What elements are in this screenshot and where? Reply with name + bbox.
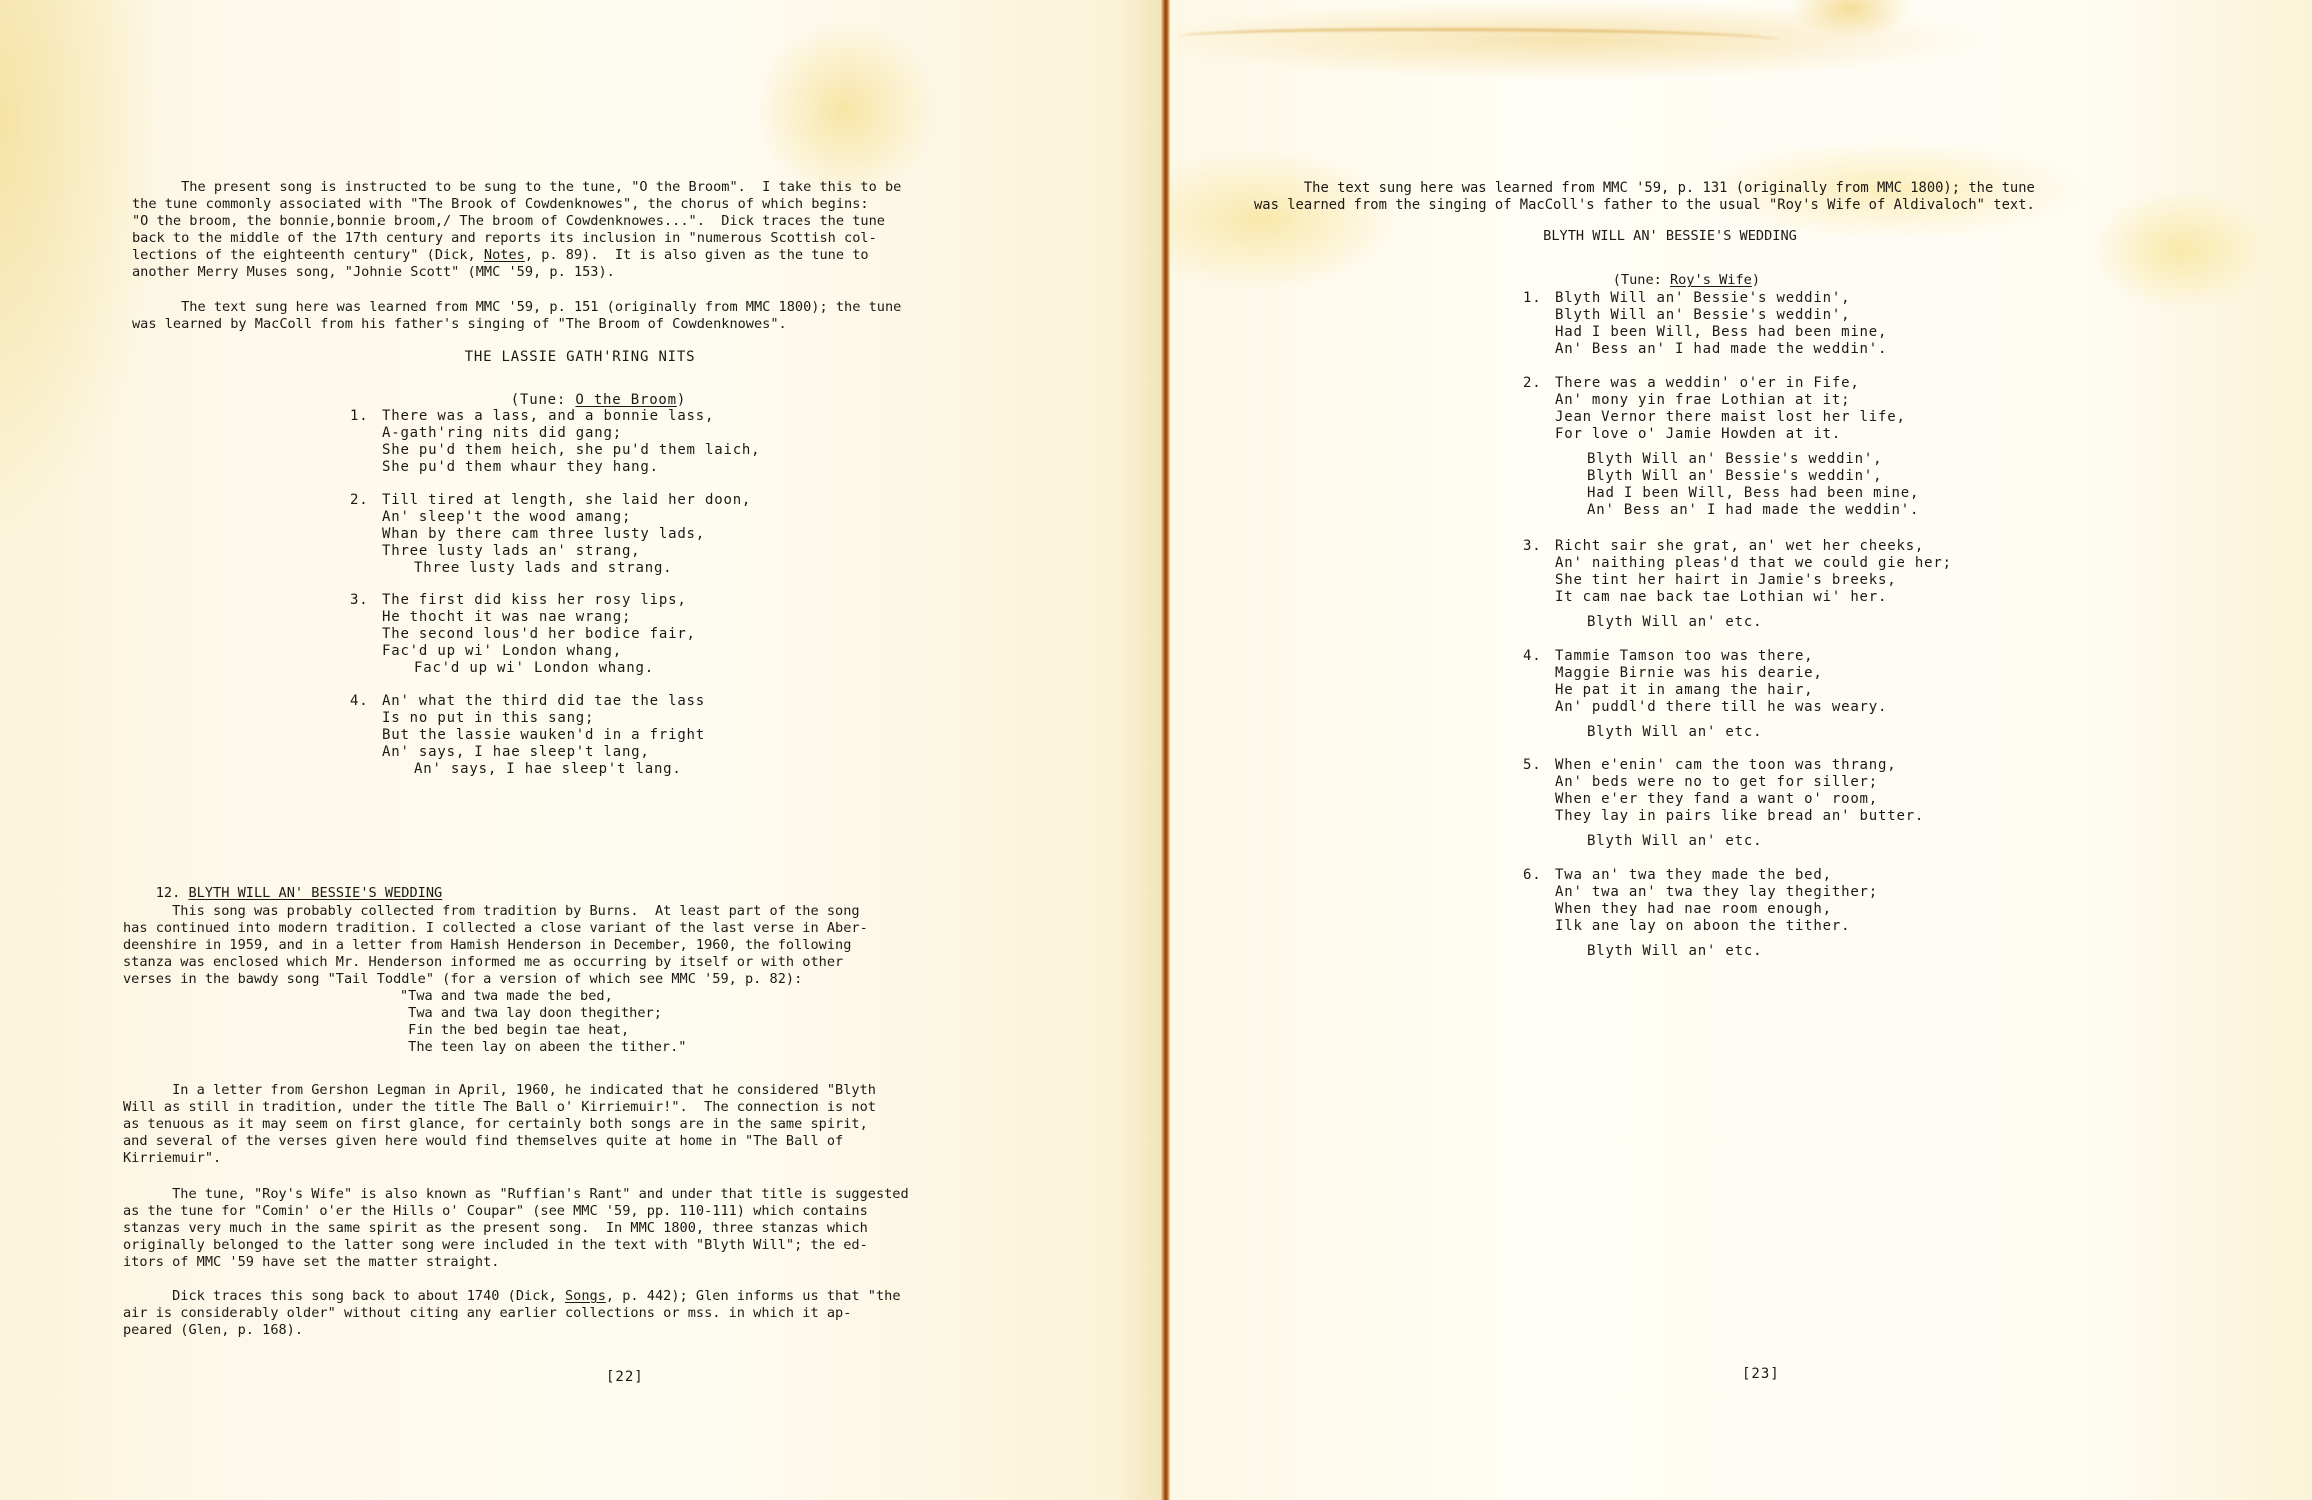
- refrain-line: Blyth Will an' Bessie's weddin',: [1523, 468, 1919, 485]
- text-line: was learned by MacColl from his father's…: [132, 316, 901, 333]
- text-line: Fin the bed begin tae heat,: [400, 1022, 686, 1039]
- verse-line: Blyth Will an' Bessie's weddin',: [1523, 307, 1887, 324]
- verse-number: 2.: [350, 492, 382, 509]
- verse-line: Ilk ane lay on aboon the tither.: [1523, 918, 1878, 935]
- tune-suffix: ): [1752, 272, 1760, 288]
- spacer: [1523, 606, 1952, 614]
- verse-6: 6.Twa an' twa they made the bed,An' twa …: [1523, 867, 1878, 960]
- refrain-line: Blyth Will an' etc.: [1523, 614, 1952, 631]
- text-line: lections of the eighteenth century" (Dic…: [132, 247, 901, 264]
- verse-line: He thocht it was nae wrang;: [350, 609, 696, 626]
- verse-line: An' Bess an' I had made the weddin'.: [1523, 341, 1887, 358]
- verse-line: They lay in pairs like bread an' butter.: [1523, 808, 1924, 825]
- tune-suffix: ): [677, 392, 686, 408]
- section-paragraph-2: In a letter from Gershon Legman in April…: [123, 1082, 876, 1167]
- text-line: another Merry Muses song, "Johnie Scott"…: [132, 264, 901, 281]
- tune-name: Roy's Wife: [1670, 272, 1752, 288]
- text-line: as the tune for "Comin' o'er the Hills o…: [123, 1203, 909, 1220]
- spacer: [1523, 443, 1919, 451]
- text-line: stanza was enclosed which Mr. Henderson …: [123, 954, 868, 971]
- verse-line: An' mony yin frae Lothian at it;: [1523, 392, 1919, 409]
- verse-number: 5.: [1523, 757, 1555, 774]
- text-line: has continued into modern tradition. I c…: [123, 920, 868, 937]
- intro-paragraph: The present song is instructed to be sun…: [132, 179, 901, 281]
- text-line: as tenuous as it may seem on first glanc…: [123, 1116, 876, 1133]
- verse-line: Jean Vernor there maist lost her life,: [1523, 409, 1919, 426]
- tune-name: O the Broom: [575, 392, 677, 408]
- source-paragraph: The text sung here was learned from MMC …: [1254, 180, 2035, 214]
- section-paragraph-1: This song was probably collected from tr…: [123, 903, 868, 988]
- song-title: THE LASSIE GATH'RING NITS: [340, 349, 820, 366]
- verse-line: For love o' Jamie Howden at it.: [1523, 426, 1919, 443]
- section-title: BLYTH WILL AN' BESSIE'S WEDDING: [189, 885, 443, 901]
- text-line: In a letter from Gershon Legman in April…: [123, 1082, 876, 1099]
- verse-line: When e'er they fand a want o' room,: [1523, 791, 1924, 808]
- quoted-stanza: "Twa and twa made the bed, Twa and twa l…: [400, 988, 686, 1056]
- verse-number: 2.: [1523, 375, 1555, 392]
- verse-line: 6.Twa an' twa they made the bed,: [1523, 867, 1878, 884]
- refrain-line: Blyth Will an' Bessie's weddin',: [1523, 451, 1919, 468]
- tune-prefix: (Tune:: [1613, 272, 1670, 288]
- verse-4: 4.An' what the third did tae the lassIs …: [350, 693, 705, 778]
- verse-line: But the lassie wauken'd in a fright: [350, 727, 705, 744]
- verse-line: 1.Blyth Will an' Bessie's weddin',: [1523, 290, 1887, 307]
- verse-line: An' puddl'd there till he was weary.: [1523, 699, 1887, 716]
- text-line: The text sung here was learned from MMC …: [132, 299, 901, 316]
- verse-line: Maggie Birnie was his dearie,: [1523, 665, 1887, 682]
- text-line: Kirriemuir".: [123, 1150, 876, 1167]
- tune-prefix: (Tune:: [511, 392, 576, 408]
- text-line: originally belonged to the latter song w…: [123, 1237, 909, 1254]
- page-number-right: [23]: [1742, 1366, 1780, 1382]
- verse-number: 1.: [350, 408, 382, 425]
- verse-line: 4.Tammie Tamson too was there,: [1523, 648, 1887, 665]
- verse-line: 3.Richt sair she grat, an' wet her cheek…: [1523, 538, 1952, 555]
- text-line: back to the middle of the 17th century a…: [132, 230, 901, 247]
- text-line: The tune, "Roy's Wife" is also known as …: [123, 1186, 909, 1203]
- text-line: The present song is instructed to be sun…: [132, 179, 901, 196]
- text-line: was learned from the singing of MacColl'…: [1254, 197, 2035, 214]
- song-title: BLYTH WILL AN' BESSIE'S WEDDING: [1420, 228, 1920, 245]
- text-line: The teen lay on abeen the tither.": [400, 1039, 686, 1056]
- verse-number: 4.: [350, 693, 382, 710]
- verse-line: Whan by there cam three lusty lads,: [350, 526, 751, 543]
- verse-number: 3.: [350, 592, 382, 609]
- text-line: itors of MMC '59 have set the matter str…: [123, 1254, 909, 1271]
- verse-line: The second lous'd her bodice fair,: [350, 626, 696, 643]
- text-line: air is considerably older" without citin…: [123, 1305, 901, 1322]
- verse-line: 5.When e'enin' cam the toon was thrang,: [1523, 757, 1924, 774]
- verse-line: An' naithing pleas'd that we could gie h…: [1523, 555, 1952, 572]
- page-number-left: [22]: [606, 1369, 644, 1385]
- verse-4: 4.Tammie Tamson too was there,Maggie Bir…: [1523, 648, 1887, 741]
- verse-line: 2.Till tired at length, she laid her doo…: [350, 492, 751, 509]
- text-line: Will as still in tradition, under the ti…: [123, 1099, 876, 1116]
- book-gutter: [1161, 0, 1170, 1500]
- verse-5: 5.When e'enin' cam the toon was thrang,A…: [1523, 757, 1924, 850]
- verse-line: 2.There was a weddin' o'er in Fife,: [1523, 375, 1919, 392]
- verse-3: 3.Richt sair she grat, an' wet her cheek…: [1523, 538, 1952, 631]
- verse-line: She pu'd them heich, she pu'd them laich…: [350, 442, 760, 459]
- refrain-line: Blyth Will an' etc.: [1523, 833, 1924, 850]
- refrain-line: Three lusty lads and strang.: [350, 560, 751, 577]
- text-line: deenshire in 1959, and in a letter from …: [123, 937, 868, 954]
- verse-line: Three lusty lads an' strang,: [350, 543, 751, 560]
- verse-number: 1.: [1523, 290, 1555, 307]
- verse-line: A-gath'ring nits did gang;: [350, 425, 760, 442]
- refrain-line: An' Bess an' I had made the weddin'.: [1523, 502, 1919, 519]
- verse-line: 4.An' what the third did tae the lass: [350, 693, 705, 710]
- text-line: "Twa and twa made the bed,: [400, 988, 686, 1005]
- right-page: The text sung here was learned from MMC …: [1170, 0, 2312, 1500]
- verse-line: She pu'd them whaur they hang.: [350, 459, 760, 476]
- spacer: [1523, 935, 1878, 943]
- verse-line: When they had nae room enough,: [1523, 901, 1878, 918]
- verse-line: An' sleep't the wood amang;: [350, 509, 751, 526]
- verse-line: An' says, I hae sleep't lang,: [350, 744, 705, 761]
- text-line: The text sung here was learned from MMC …: [1254, 180, 2035, 197]
- verse-line: Fac'd up wi' London whang,: [350, 643, 696, 660]
- verse-line: Is no put in this sang;: [350, 710, 705, 727]
- verse-2: 2.There was a weddin' o'er in Fife,An' m…: [1523, 375, 1919, 519]
- source-paragraph: The text sung here was learned from MMC …: [132, 299, 901, 333]
- verse-line: She tint her hairt in Jamie's breeks,: [1523, 572, 1952, 589]
- spacer: [1523, 716, 1887, 724]
- refrain-line: An' says, I hae sleep't lang.: [350, 761, 705, 778]
- text-line: peared (Glen, p. 168).: [123, 1322, 901, 1339]
- text-line: Twa and twa lay doon thegither;: [400, 1005, 686, 1022]
- refrain-line: Blyth Will an' etc.: [1523, 724, 1887, 741]
- text-line: stanzas very much in the same spirit as …: [123, 1220, 909, 1237]
- verse-number: 3.: [1523, 538, 1555, 555]
- water-stain: [1180, 28, 1780, 49]
- verse-number: 4.: [1523, 648, 1555, 665]
- verse-1: 1.Blyth Will an' Bessie's weddin',Blyth …: [1523, 290, 1887, 358]
- text-line: "O the broom, the bonnie,bonnie broom,/ …: [132, 213, 901, 230]
- section-paragraph-3: The tune, "Roy's Wife" is also known as …: [123, 1186, 909, 1271]
- text-line: the tune commonly associated with "The B…: [132, 196, 901, 213]
- verse-line: 1.There was a lass, and a bonnie lass,: [350, 408, 760, 425]
- verse-line: An' beds were no to get for siller;: [1523, 774, 1924, 791]
- refrain-line: Had I been Will, Bess had been mine,: [1523, 485, 1919, 502]
- text-line: Dick traces this song back to about 1740…: [123, 1288, 901, 1305]
- verse-line: He pat it in amang the hair,: [1523, 682, 1887, 699]
- spacer: [1523, 825, 1924, 833]
- section-number: 12.: [156, 885, 181, 901]
- verse-line: It cam nae back tae Lothian wi' her.: [1523, 589, 1952, 606]
- refrain-line: Fac'd up wi' London whang.: [350, 660, 696, 677]
- section-paragraph-4: Dick traces this song back to about 1740…: [123, 1288, 901, 1339]
- verse-2: 2.Till tired at length, she laid her doo…: [350, 492, 751, 577]
- verse-3: 3.The first did kiss her rosy lips,He th…: [350, 592, 696, 677]
- text-line: verses in the bawdy song "Tail Toddle" (…: [123, 971, 868, 988]
- verse-1: 1.There was a lass, and a bonnie lass,A-…: [350, 408, 760, 476]
- verse-line: 3.The first did kiss her rosy lips,: [350, 592, 696, 609]
- verse-line: An' twa an' twa they lay thegither;: [1523, 884, 1878, 901]
- verse-line: Had I been Will, Bess had been mine,: [1523, 324, 1887, 341]
- refrain-line: Blyth Will an' etc.: [1523, 943, 1878, 960]
- left-page: The present song is instructed to be sun…: [0, 0, 1163, 1500]
- text-line: and several of the verses given here wou…: [123, 1133, 876, 1150]
- verse-number: 6.: [1523, 867, 1555, 884]
- text-line: This song was probably collected from tr…: [123, 903, 868, 920]
